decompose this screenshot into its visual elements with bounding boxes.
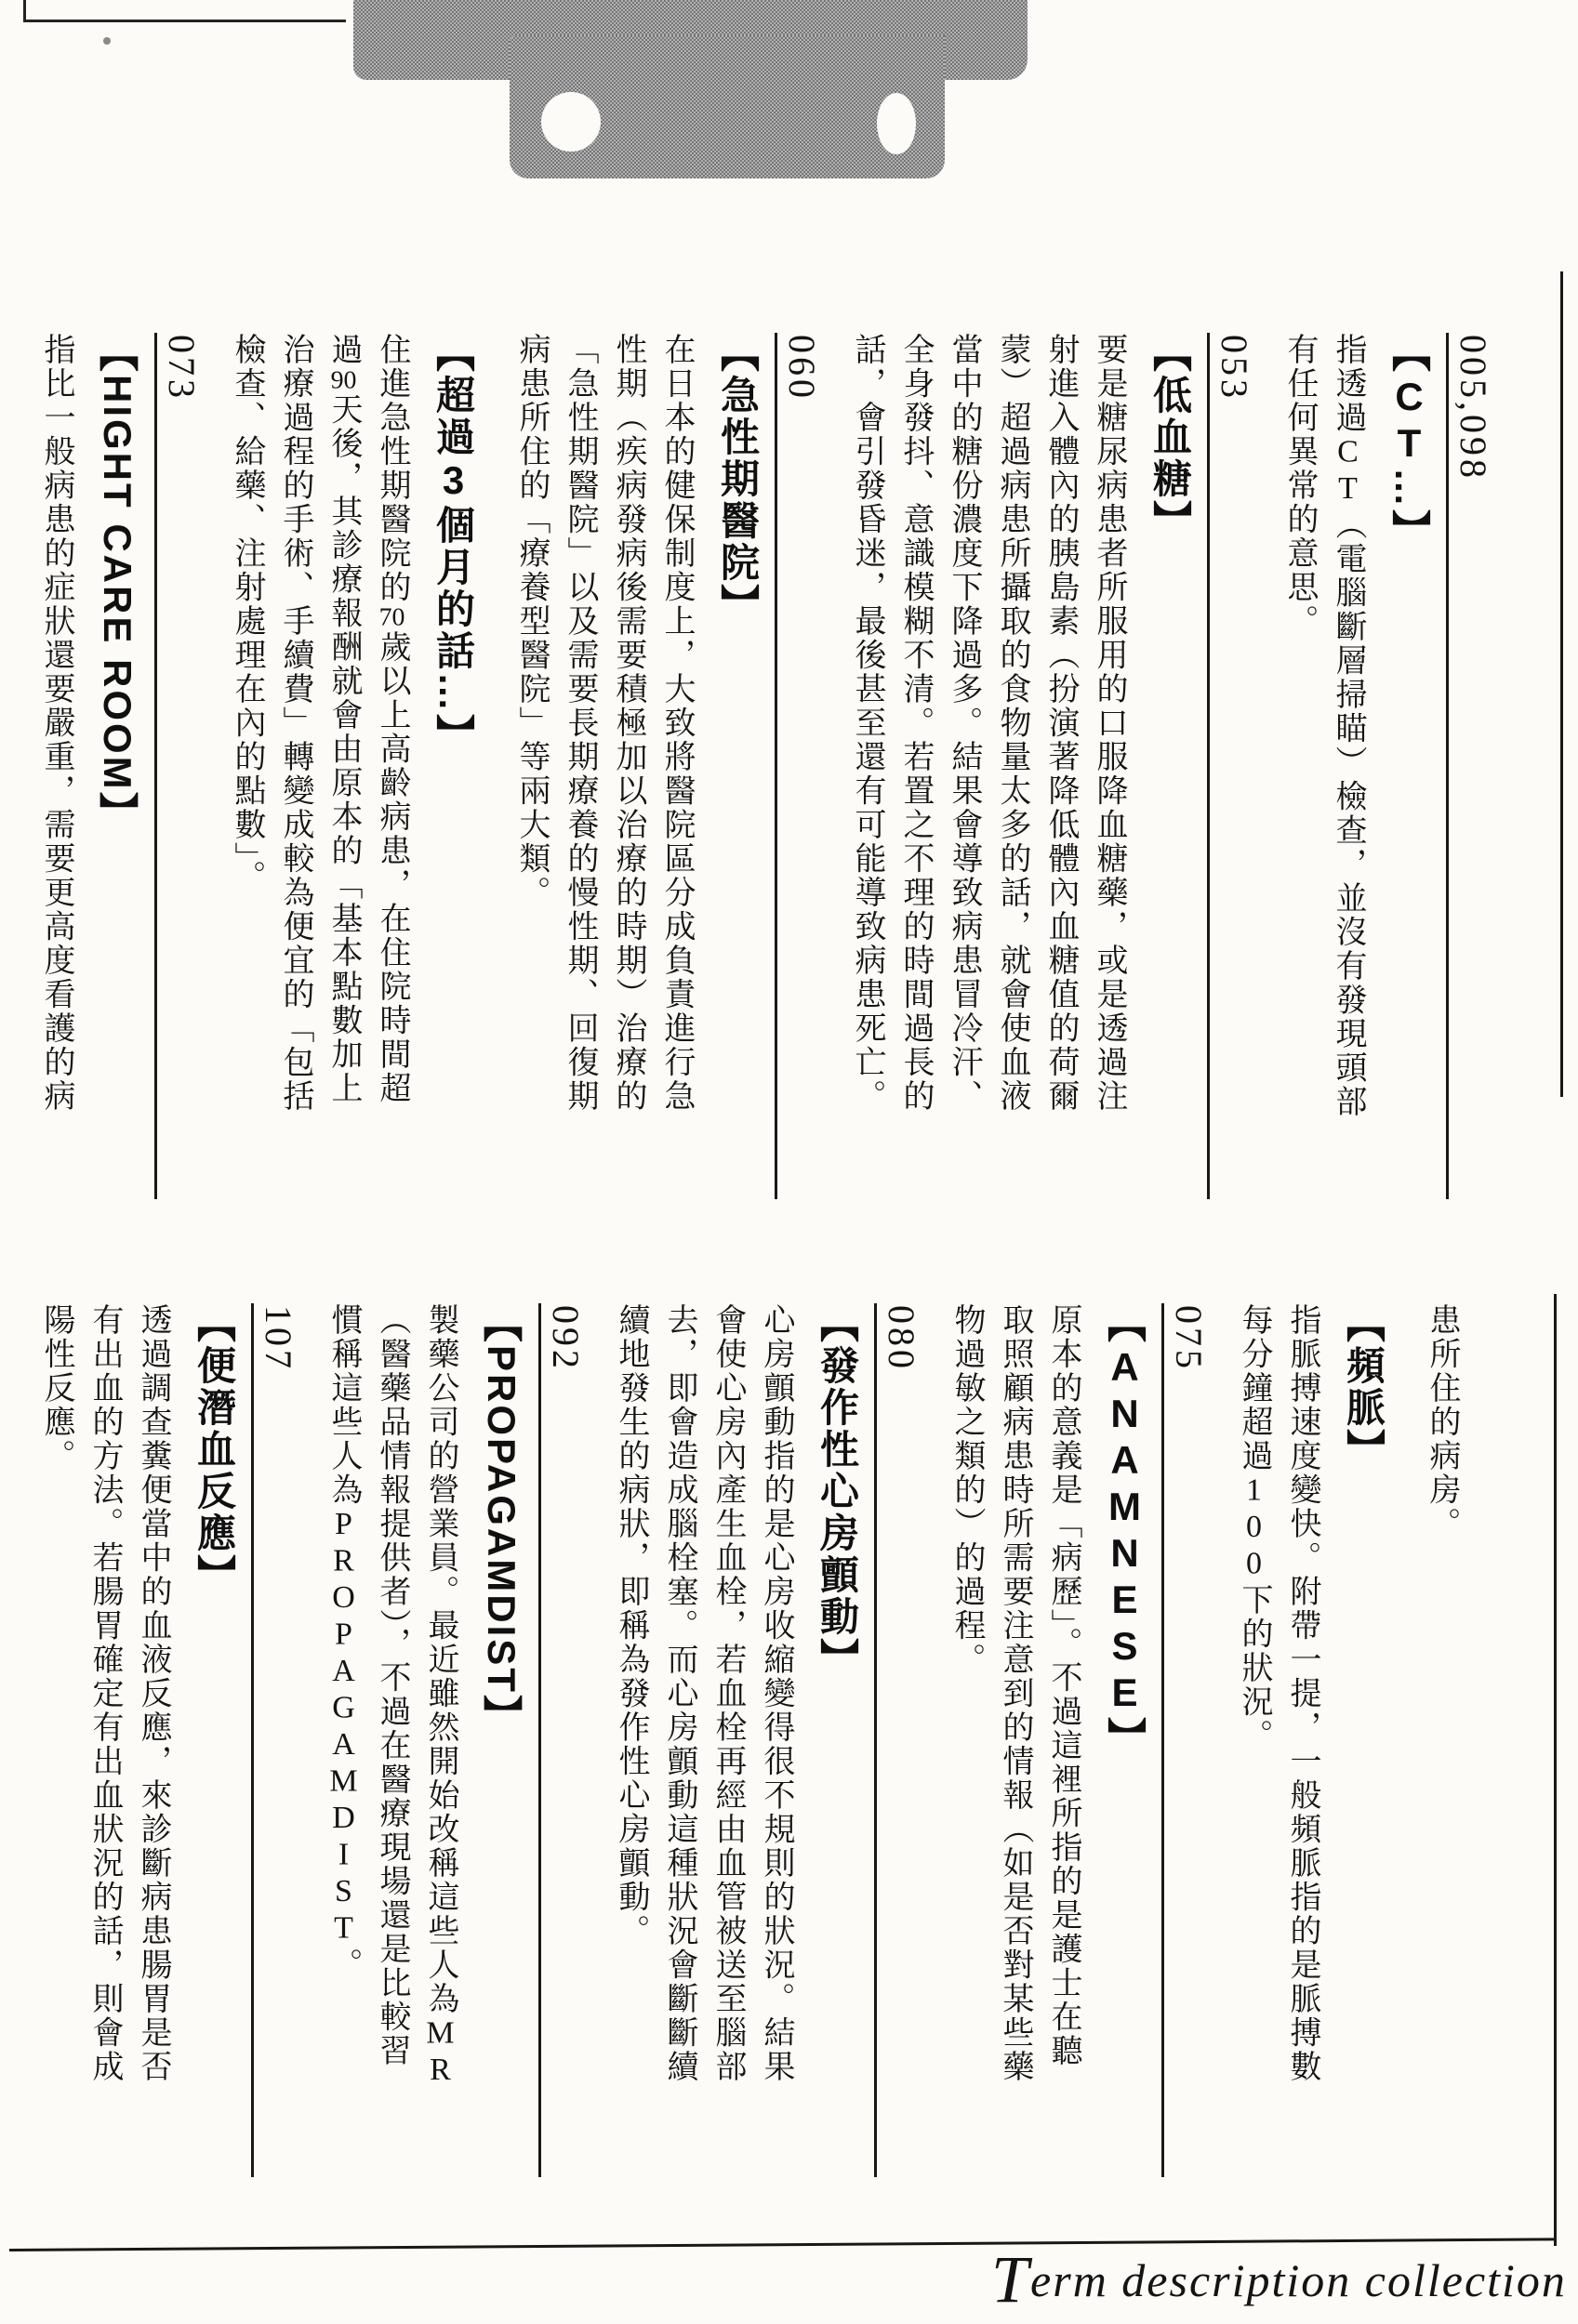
entry-number: 080 [877,1303,925,2177]
vertical-text-block: 【便潛血反應】透過調查糞便當中的血液反應，來診斷病患腸胃是否有出血的方法。若腸胃… [32,1303,242,2093]
scan-line-artifact [23,0,26,22]
top-section-border-rule [1560,271,1563,1097]
entry-number: 005,098 [1449,333,1497,1199]
page-title-initial: T [991,2242,1030,2317]
vertical-text-block: 【超過3個月的話…】住進急性期醫院的70歲以上高齡病患，在住院時間超過90天後，… [222,333,481,1123]
vertical-text-block: 【低血糖】要是糖尿病患者所服用的口服降血糖藥，或是透過注射進入體內的胰島素（扮演… [842,333,1198,1123]
term-description: 指比一般病患的症狀還要嚴重，需要更高度看護的病 [32,333,80,1123]
term-heading: 【發作性心房顫動】 [809,1303,865,2093]
entry-number: 053 [1210,333,1258,1199]
entry-content: 【CT…】指透過CT（電腦斷層掃瞄）檢查，並沒有發現頭部有任何異常的意思。 [1269,333,1449,1199]
entry-content: 【HIGHT CARE ROOM】指比一般病患的症狀還要嚴重，需要更高度看護的病 [26,333,157,1199]
glossary-section-bottom: 患所住的病房。【頻脈】指脈搏速度變快。附帶一提，一般頻脈指的是脈搏數每分鐘超過1… [24,1303,1551,2177]
vertical-text-block: 【PROPAGAMDIST】製藥公司的營業員。最近雖然開始改稱這些人為MR（醫藥… [319,1303,529,2093]
glossary-entry: 【低血糖】要是糖尿病患者所服用的口服降血糖藥，或是透過注射進入體內的胰島素（扮演… [837,333,1258,1199]
term-heading: 【頻脈】 [1335,1303,1391,2093]
punch-hole-icon [541,92,601,152]
term-description: 透過調查糞便當中的血液反應，來診斷病患腸胃是否有出血的方法。若腸胃確定有出血狀況… [32,1303,177,2093]
glossary-entry: 【PROPAGAMDIST】製藥公司的營業員。最近雖然開始改稱這些人為MR（醫藥… [313,1303,590,2177]
glossary-entry: 患所住的病房。 [1412,1303,1475,2177]
term-heading: 【超過3個月的話…】 [425,333,481,1123]
term-heading: 【ANAMNESE】 [1096,1303,1152,2093]
term-heading: 【急性期醫院】 [709,333,765,1123]
term-description: 在日本的健保制度上，大致將醫院區分成負責進行急性期（疾病發病後需要積極加以治療的… [507,333,700,1123]
term-description: 患所住的病房。 [1417,1303,1465,2093]
vertical-text-block: 【HIGHT CARE ROOM】指比一般病患的症狀還要嚴重，需要更高度看護的病 [32,333,145,1123]
term-heading: 【PROPAGAMDIST】 [473,1303,529,2093]
page-title-rest: erm description collection [1030,2254,1567,2306]
term-heading: 【HIGHT CARE ROOM】 [89,333,145,1123]
glossary-entry: 【HIGHT CARE ROOM】指比一般病患的症狀還要嚴重，需要更高度看護的病… [26,333,206,1199]
glossary-section-top: 【CT…】指透過CT（電腦斷層掃瞄）檢查，並沒有發現頭部有任何異常的意思。005… [24,333,1557,1199]
glossary-entry: 【發作性心房顫動】心房顫動指的是心房收縮變得很不規則的狀況。結果會使心房內產生血… [601,1303,925,2177]
entry-content: 【便潛血反應】透過調查糞便當中的血液反應，來診斷病患腸胃是否有出血的方法。若腸胃… [26,1303,254,2177]
entry-content: 【超過3個月的話…】住進急性期醫院的70歲以上高齡病患，在住院時間超過90天後，… [217,333,490,1199]
entry-content: 【頻脈】指脈搏速度變快。附帶一提，一般頻脈指的是脈搏數每分鐘超過100下的狀況。 [1224,1303,1400,2177]
vertical-text-block: 【ANAMNESE】原本的意義是「病歷」。不過這裡所指的是護士在聽取照顧病患時所… [942,1303,1152,2093]
page-title: Term description collection [991,2253,1567,2307]
vertical-text-block: 【急性期醫院】在日本的健保制度上，大致將醫院區分成負責進行急性期（疾病發病後需要… [507,333,765,1123]
bottom-section-border-rule [1554,1294,1557,2246]
vertical-text-block: 【頻脈】指脈搏速度變快。附帶一提，一般頻脈指的是脈搏數每分鐘超過100下的狀況。 [1229,1303,1391,2093]
term-description: 指透過CT（電腦斷層掃瞄）檢查，並沒有發現頭部有任何異常的意思。 [1275,333,1372,1123]
vertical-text-block: 患所住的病房。 [1417,1303,1465,2093]
term-heading: 【低血糖】 [1142,333,1198,1123]
entry-number: 107 [254,1303,302,2177]
glossary-entry: 【便潛血反應】透過調查糞便當中的血液反應，來診斷病患腸胃是否有出血的方法。若腸胃… [26,1303,302,2177]
vertical-text-block: 【CT…】指透過CT（電腦斷層掃瞄）檢查，並沒有發現頭部有任何異常的意思。 [1275,333,1437,1123]
entry-number: 092 [541,1303,590,2177]
scan-line-artifact [23,20,346,22]
term-description: 心房顫動指的是心房收縮變得很不規則的狀況。結果會使心房內產生血栓，若血栓再經由血… [606,1303,800,2093]
entry-number: 075 [1164,1303,1213,2177]
term-heading: 【CT…】 [1381,333,1437,1123]
entry-number: 073 [157,333,206,1199]
entry-content: 患所住的病房。 [1412,1303,1475,2177]
scan-speck-artifact [103,37,111,45]
glossary-entry: 【CT…】指透過CT（電腦斷層掃瞄）檢查，並沒有發現頭部有任何異常的意思。005… [1269,333,1497,1199]
term-description: 指脈搏速度變快。附帶一提，一般頻脈指的是脈搏數每分鐘超過100下的狀況。 [1229,1303,1326,2093]
term-description: 要是糖尿病患者所服用的口服降血糖藥，或是透過注射進入體內的胰島素（扮演著降低體內… [842,333,1133,1123]
entry-content: 【ANAMNESE】原本的意義是「病歷」。不過這裡所指的是護士在聽取照顧病患時所… [936,1303,1164,2177]
glossary-entry: 【頻脈】指脈搏速度變快。附帶一提，一般頻脈指的是脈搏數每分鐘超過100下的狀況。 [1224,1303,1400,2177]
entry-content: 【低血糖】要是糖尿病患者所服用的口服降血糖藥，或是透過注射進入體內的胰島素（扮演… [837,333,1210,1199]
footer-rule [9,2238,1555,2251]
term-description: 製藥公司的營業員。最近雖然開始改稱這些人為MR（醫藥品情報提供者），不過在醫療現… [319,1303,464,2093]
entry-content: 【PROPAGAMDIST】製藥公司的營業員。最近雖然開始改稱這些人為MR（醫藥… [313,1303,541,2177]
entry-content: 【發作性心房顫動】心房顫動指的是心房收縮變得很不規則的狀況。結果會使心房內產生血… [601,1303,877,2177]
term-heading: 【便潛血反應】 [186,1303,242,2093]
term-description: 住進急性期醫院的70歲以上高齡病患，在住院時間超過90天後，其診療報酬就會由原本… [222,333,416,1123]
term-description: 原本的意義是「病歷」。不過這裡所指的是護士在聽取照顧病患時所需要注意到的情報（如… [942,1303,1087,2093]
glossary-entry: 【急性期醫院】在日本的健保制度上，大致將醫院區分成負責進行急性期（疾病發病後需要… [501,333,826,1199]
vertical-text-block: 【發作性心房顫動】心房顫動指的是心房收縮變得很不規則的狀況。結果會使心房內產生血… [606,1303,865,2093]
entry-number: 060 [777,333,826,1199]
glossary-entry: 【ANAMNESE】原本的意義是「病歷」。不過這裡所指的是護士在聽取照顧病患時所… [936,1303,1213,2177]
punch-hole-icon [877,93,916,154]
entry-content: 【急性期醫院】在日本的健保制度上，大致將醫院區分成負責進行急性期（疾病發病後需要… [501,333,777,1199]
glossary-entry: 【超過3個月的話…】住進急性期醫院的70歲以上高齡病患，在住院時間超過90天後，… [217,333,490,1199]
